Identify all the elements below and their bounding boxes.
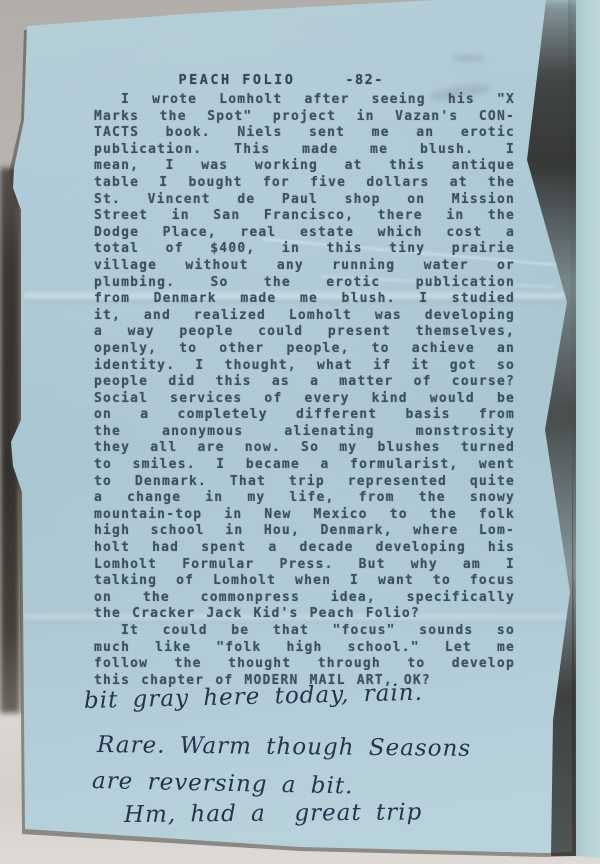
typed-line: I wrote Lomholt after seeing his "X [94, 92, 515, 109]
typed-line: from Denmark made me blush. I studied [94, 291, 515, 308]
ink-smudge [452, 54, 486, 62]
handwritten-note: bit gray here today, rain.Rare. Warm tho… [62, 684, 532, 832]
typed-line: a change in my life, from the snowy [94, 490, 515, 507]
typed-line: table I bought for five dollars at the [94, 175, 515, 192]
typed-line: mountain-top in New Mexico to the folk [94, 507, 515, 524]
typed-line: openly, to other people, to achieve an [94, 341, 515, 358]
typed-line: total of $400, in this tiny prairie [94, 241, 515, 258]
typed-text-block: I wrote Lomholt after seeing his "XMarks… [94, 92, 515, 689]
folio-title: PEACH FOLIO [179, 72, 296, 88]
typed-line: to Denmark. That trip represented quite [94, 474, 515, 491]
handwritten-line: Rare. Warm though Seasons [97, 728, 532, 767]
typed-line: village without any running water or [94, 258, 515, 275]
typed-line: Street in San Francisco, there in the [94, 208, 515, 225]
typed-line: the Cracker Jack Kid's Peach Folio? [94, 606, 515, 623]
typed-line: TACTS book. Niels sent me an erotic [94, 125, 515, 142]
typed-line: people did this as a matter of course? [94, 374, 515, 391]
photo-of-letter: { "photo": { "description": "photograph … [0, 0, 600, 864]
typed-line: identity. I thought, what if it got so [94, 358, 515, 375]
typed-line: plumbing. So the erotic publication [94, 275, 515, 292]
typed-line: much like "folk high school." Let me [94, 640, 515, 657]
typed-line: they all are now. So my blushes turned [94, 440, 515, 457]
typed-line: to smiles. I became a formularist, went [94, 457, 515, 474]
typed-line: mean, I was working at this antique [94, 158, 515, 175]
typed-line: Lomholt Formular Press. But why am I [94, 557, 515, 574]
typed-line: talking of Lomholt when I want to focus [94, 573, 515, 590]
typed-line: on a completely different basis from [94, 407, 515, 424]
typed-line: St. Vincent de Paul shop on Mission [94, 192, 515, 209]
typed-line: Dodge Place, real estate which cost a [94, 225, 515, 242]
typed-line: Marks the Spot" project in Vazan's CON- [94, 109, 515, 126]
typed-line: Social services of every kind would be [94, 391, 515, 408]
typed-line: a way people could present themselves, [94, 324, 515, 341]
typed-line: It could be that "focus" sounds so [94, 623, 515, 640]
typed-line: it, and realized Lomholt was developing [94, 308, 515, 325]
typed-line: publication. This made me blush. I [94, 142, 515, 159]
typed-line: high school in Hou, Denmark, where Lom- [94, 523, 515, 540]
typed-paragraph-1: I wrote Lomholt after seeing his "XMarks… [94, 92, 515, 623]
page-number: -82- [345, 72, 384, 88]
typed-line: holt had spent a decade developing his [94, 540, 515, 557]
typed-line: the anonymous alienating monstrosity [94, 424, 515, 441]
typed-line: follow the thought through to develop [94, 656, 515, 673]
typed-line: on the commonpress idea, specifically [94, 590, 515, 607]
handwritten-line: Hm, had a great trip [124, 794, 532, 832]
